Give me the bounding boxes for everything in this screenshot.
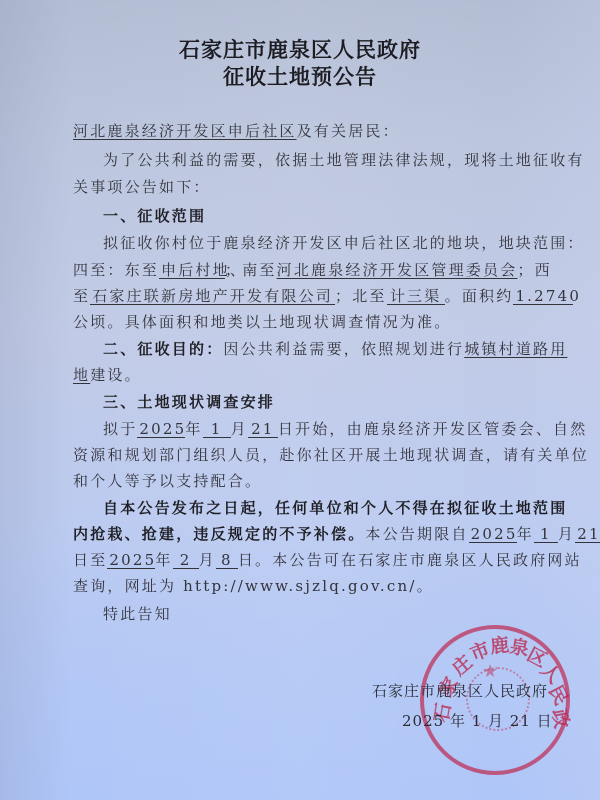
section3-line1: 拟于2025年1月21日开始，由鹿泉经济开发区管委会、自然 bbox=[103, 418, 587, 439]
period-end-month: 2 bbox=[173, 552, 199, 569]
period-end-day: 8 bbox=[216, 552, 238, 569]
period-start-day: 21 bbox=[575, 526, 600, 543]
east-boundary: 申后村地、 bbox=[159, 262, 225, 279]
survey-year: 2025 bbox=[137, 421, 185, 438]
survey-month: 1 bbox=[203, 421, 231, 438]
closing-text: 特此告知 bbox=[103, 603, 172, 624]
section2-line: 二、征收目的：因公共利益需要，依照规划进行城镇村道路用 bbox=[103, 338, 567, 359]
section2-heading: 二、征收目的： bbox=[103, 340, 223, 358]
survey-day: 21 bbox=[248, 421, 278, 438]
section1-line1: 拟征收你村位于鹿泉经济开发区申后社区北的地块，地块范围： bbox=[103, 232, 585, 253]
section1-boundary-line: 四至：东至申后村地、；南至河北鹿泉经济开发区管理委员会；西 bbox=[73, 259, 552, 280]
notice-line3: 日至2025年2月8日。本公告可在石家庄市鹿泉区人民政府网站 bbox=[73, 549, 582, 570]
section2-line2: 地建设。 bbox=[73, 364, 142, 385]
document-subtitle: 征收土地预公告 bbox=[0, 61, 600, 91]
section3-line3: 和个人等予以支持配合。 bbox=[73, 470, 262, 491]
signature-org: 石家庄市鹿泉区人民政府 bbox=[372, 680, 548, 701]
south-boundary: 河北鹿泉经济开发区管理委员会 bbox=[277, 261, 518, 279]
section1-west-line: 至石家庄联新房地产开发有限公司；北至计三渠。面积约1.2740 bbox=[73, 285, 573, 306]
intro-line-2: 关事项公告如下： bbox=[73, 176, 211, 197]
section3-heading: 三、土地现状调查安排 bbox=[103, 391, 275, 412]
section3-line2: 资源和规划部门组织人员，赴你社区开展土地现状调查，请有关单位 bbox=[73, 444, 589, 465]
addressee: 河北鹿泉经济开发区申后社区 bbox=[73, 122, 297, 140]
period-start-month: 1 bbox=[534, 526, 558, 543]
purpose: 城镇村道路用 bbox=[464, 340, 567, 358]
signature-date: 2025 年 1 月 21 日 bbox=[402, 710, 553, 731]
intro-line-1: 为了公共利益的需要，依据土地管理法律法规，现将土地征收有 bbox=[103, 149, 585, 170]
west-boundary: 石家庄联新房地产开发有限公司 bbox=[90, 288, 335, 305]
document-title: 石家庄市鹿泉区人民政府 bbox=[0, 34, 600, 64]
notice-line2: 内抢栽、抢建，违反规定的不予补偿。本公告期限自2025年1月21 bbox=[73, 523, 600, 544]
period-start-year: 2025 bbox=[469, 526, 517, 543]
section1-area-line: 公顷。具体面积和地类以土地现状调查情况为准。 bbox=[73, 311, 451, 332]
addressee-line: 河北鹿泉经济开发区申后社区及有关居民： bbox=[73, 120, 400, 141]
period-end-year: 2025 bbox=[107, 552, 155, 569]
north-boundary: 计三渠 bbox=[387, 288, 445, 305]
area-value: 1.2740 bbox=[513, 288, 573, 305]
section1-heading: 一、征收范围 bbox=[103, 205, 206, 226]
addressee-suffix: 及有关居民： bbox=[297, 122, 400, 140]
notice-url-line: 查询，网址为 http://www.sjzlq.gov.cn/。 bbox=[73, 575, 434, 596]
seal-star-icon: ★ bbox=[482, 661, 498, 682]
notice-bold-line1: 自本公告发布之日起，任何单位和个人不得在拟征收土地范围 bbox=[103, 497, 567, 518]
